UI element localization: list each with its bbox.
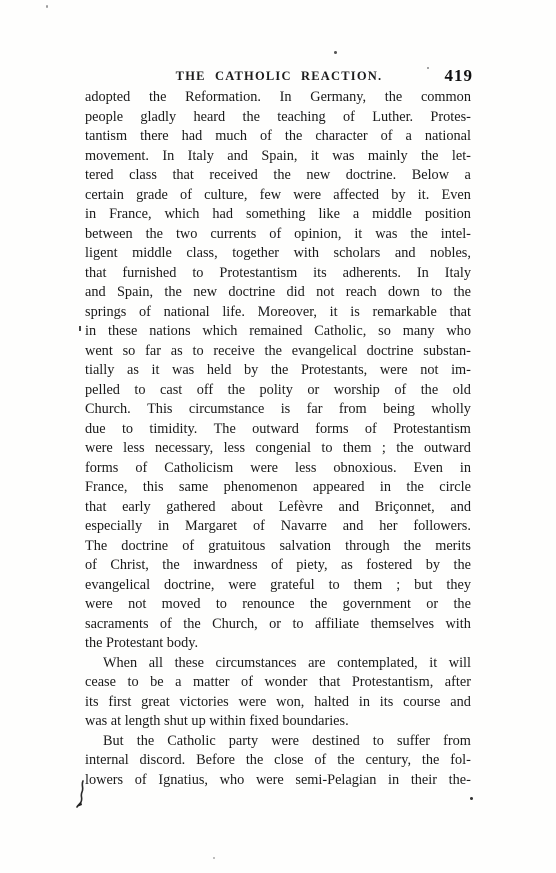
text-line: ceasetobeamatterofwonderthatProtestantis… [85,673,471,693]
text-line: teredclassthatreceivedthenewdoctrine.Bel… [85,166,471,186]
text-line: the Protestant body. [85,634,471,654]
text-line: inFrance,whichhadsomethinglikeamiddlepos… [85,205,471,225]
text-line: adoptedtheReformation.InGermany,thecommo… [85,88,471,108]
text-line: lowersofIgnatius,whoweresemi-Pelagianint… [85,771,471,791]
text-line: thatfurnishedtoProtestantismitsadherents… [85,264,471,284]
text-line: was at length shut up within fixed bound… [85,712,471,732]
text-line: France,thissamephenomenonappearedintheci… [85,478,471,498]
text-line: inthesenationswhichremainedCatholic,soma… [85,322,471,342]
text-line: wentsofarastoreceivetheevangelicaldoctri… [85,342,471,362]
text-line: certaingradeofculture,fewwereaffectedbyi… [85,186,471,206]
text-line: peoplegladlyheardtheteachingofLuther.Pro… [85,108,471,128]
text-line: tantismtherehadmuchofthecharacterofanati… [85,127,471,147]
text-line: andSpain,thenewdoctrinedidnotreachdownto… [85,283,471,303]
paragraph: adoptedtheReformation.InGermany,thecommo… [85,88,471,654]
page-body: adoptedtheReformation.InGermany,thecommo… [85,88,471,790]
text-line: thatearlygatheredaboutLefèvreandBriçonne… [85,498,471,518]
text-line: ButtheCatholicpartyweredestinedtosufferf… [85,732,471,752]
book-page: THE CATHOLIC REACTION. 419 adoptedtheRef… [0,0,556,873]
text-line: betweenthetwocurrentsofopinion,itwasthei… [85,225,471,245]
text-line: pelledtocastoffthepolityorworshipoftheol… [85,381,471,401]
scan-speck [46,5,48,8]
text-line: tiallyasitwasheldbytheProtestants,wereno… [85,361,471,381]
text-line: internaldiscord.Beforethecloseofthecentu… [85,751,471,771]
text-line: werelessnecessary,lesscongenialtothem;th… [85,439,471,459]
text-line: movement.InItalyandSpain,itwasmainlythel… [85,147,471,167]
text-line: evangelicaldoctrine,weregratefultothem;b… [85,576,471,596]
text-line: duetotimidity.TheoutwardformsofProtestan… [85,420,471,440]
text-line: itsfirstgreatvictorieswerewon,haltedinit… [85,693,471,713]
text-line: ofChrist,theinwardnessofpiety,asfostered… [85,556,471,576]
paragraph: ButtheCatholicpartyweredestinedtosufferf… [85,732,471,791]
scan-speck [470,797,473,800]
scan-speck [334,51,337,54]
text-line: formsofCatholicismwerelessobnoxious.Even… [85,459,471,479]
scan-tick-mark [79,326,81,331]
text-line: werenotmovedtorenouncethegovernmentorthe [85,595,471,615]
paragraph: Whenallthesecircumstancesarecontemplated… [85,654,471,732]
text-line: especiallyinMargaretofNavarreandherfollo… [85,517,471,537]
text-line: Church.Thiscircumstanceisfarfrombeingwho… [85,400,471,420]
text-line: Thedoctrineofgratuitoussalvationthrought… [85,537,471,557]
page-number: 419 [445,66,474,86]
scan-speck [427,67,429,69]
scan-speck [213,857,215,859]
running-header: THE CATHOLIC REACTION. 419 [85,66,473,86]
ink-squiggle-mark [74,780,88,810]
text-line: sacramentsoftheChurch,ortoaffiliatethems… [85,615,471,635]
text-line: springsofnationallife.Moreover,itisremar… [85,303,471,323]
text-line: ligentmiddleclass,togetherwithscholarsan… [85,244,471,264]
running-header-title: THE CATHOLIC REACTION. [85,69,473,84]
text-line: Whenallthesecircumstancesarecontemplated… [85,654,471,674]
